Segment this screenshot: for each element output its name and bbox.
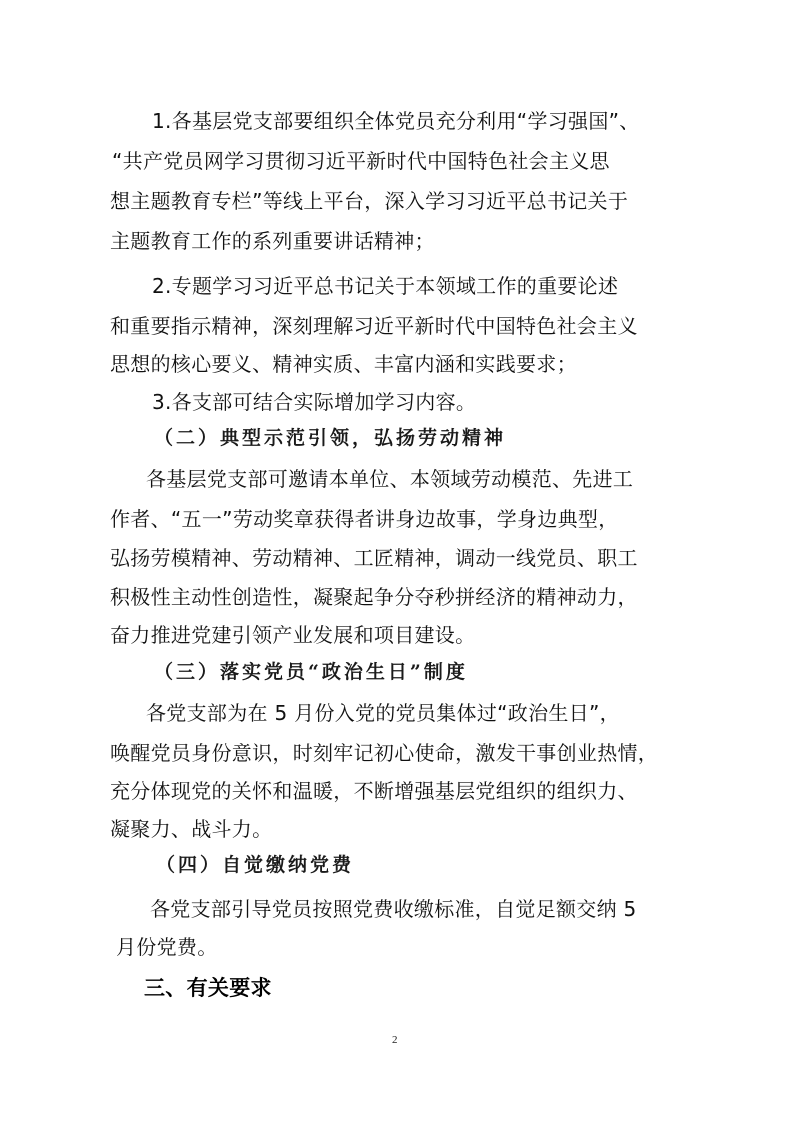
paragraph-line: 2.专题学习习近平总书记关于本领域工作的重要论述 — [152, 274, 618, 298]
paragraph-line: 充分体现党的关怀和温暖，不断增强基层党组织的组织力、 — [110, 779, 638, 803]
document-page: 1.各基层党支部要组织全体党员充分利用“学习强国”、 “共产党员网学习贯彻习近平… — [0, 0, 793, 1122]
page-number: 2 — [392, 1034, 398, 1046]
paragraph-line: 凝聚力、战斗力。 — [110, 817, 272, 841]
chapter-heading-3: 三、有关要求 — [144, 976, 272, 1000]
paragraph-line: 积极性主动性创造性，凝聚起争分夺秒拼经济的精神动力， — [110, 585, 638, 609]
paragraph-line: 作者、“五一”劳动奖章获得者讲身边故事，学身边典型， — [110, 507, 619, 531]
paragraph-line: 唤醒党员身份意识，时刻牢记初心使命，激发干事创业热情， — [110, 741, 658, 765]
paragraph-line: 主题教育工作的系列重要讲话精神； — [110, 229, 435, 253]
section-heading-2: （二）典型示范引领，弘扬劳动精神 — [154, 426, 506, 450]
paragraph-line: 1.各基层党支部要组织全体党员充分利用“学习强国”、 — [152, 109, 640, 133]
paragraph-line: 思想的核心要义、精神实质、丰富内涵和实践要求； — [110, 352, 577, 376]
paragraph-line: 3.各支部可结合实际增加学习内容。 — [152, 390, 476, 414]
paragraph-line: “共产党员网学习贯彻习近平新时代中国特色社会主义思 — [112, 149, 610, 173]
paragraph-line: 各党支部引导党员按照党费收缴标准，自觉足额交纳 5 — [150, 897, 637, 921]
section-heading-4: （四）自觉缴纳党费 — [156, 853, 354, 877]
paragraph-line: 弘扬劳模精神、劳动精神、工匠精神，调动一线党员、职工 — [110, 546, 638, 570]
paragraph-line: 奋力推进党建引领产业发展和项目建设。 — [110, 623, 475, 647]
paragraph-line: 想主题教育专栏”等线上平台，深入学习习近平总书记关于 — [110, 189, 628, 213]
paragraph-line: 各党支部为在 5 月份入党的党员集体过“政治生日”， — [146, 701, 620, 725]
section-heading-3: （三）落实党员“政治生日”制度 — [154, 660, 468, 684]
paragraph-line: 各基层党支部可邀请本单位、本领域劳动模范、先进工 — [146, 467, 633, 491]
paragraph-line: 月份党费。 — [116, 935, 218, 959]
paragraph-line: 和重要指示精神，深刻理解习近平新时代中国特色社会主义 — [110, 314, 638, 338]
